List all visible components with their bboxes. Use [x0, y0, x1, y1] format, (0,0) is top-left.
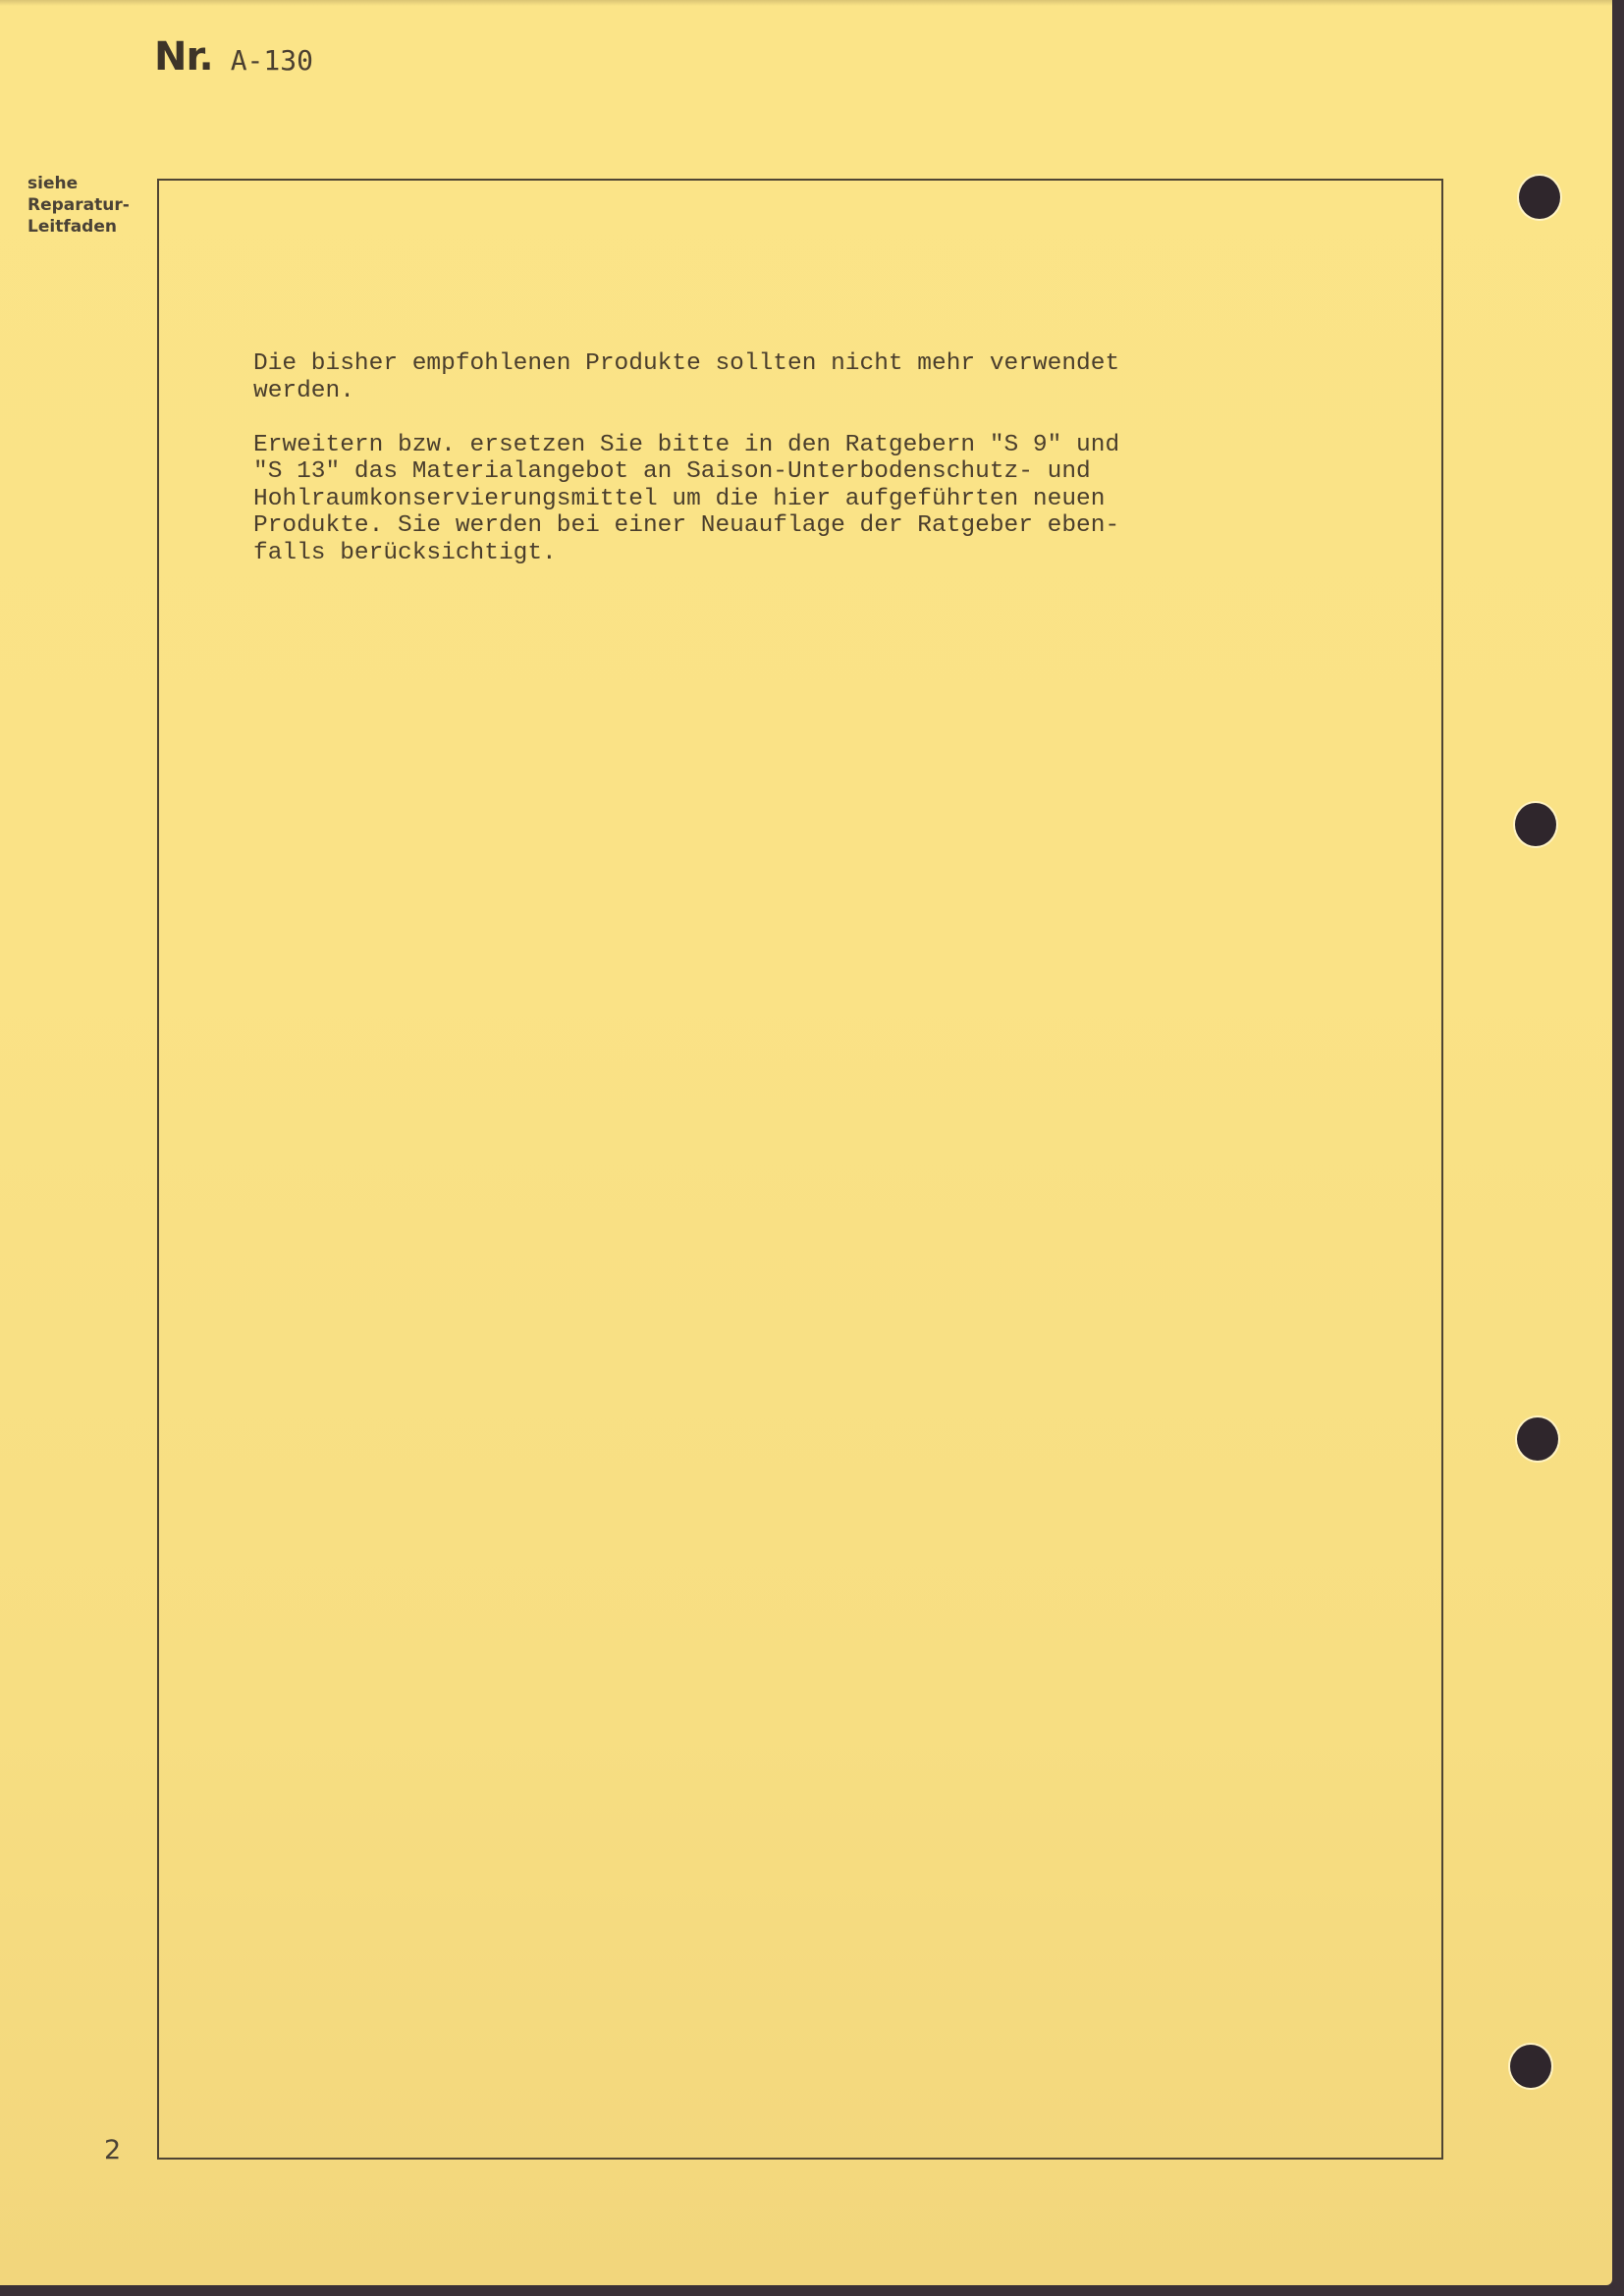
text-line: Erweitern bzw. ersetzen Sie bitte in den… [253, 432, 1353, 459]
text-line: Produkte. Sie werden bei einer Neuauflag… [253, 512, 1353, 540]
side-note-repair-guide: siehe Reparatur- Leitfaden [27, 173, 130, 238]
scan-shadow [0, 0, 1612, 6]
text-line: Hohlraumkonservierungsmittel um die hier… [253, 486, 1353, 513]
text-line: werden. [253, 378, 1353, 405]
side-note-line: Reparatur- [27, 194, 130, 216]
punch-hole-icon [1515, 803, 1556, 846]
document-number: Nr. A-130 [154, 34, 313, 80]
document-number-label: Nr. [154, 34, 213, 80]
paragraph-update-guides: Erweitern bzw. ersetzen Sie bitte in den… [253, 432, 1353, 567]
punch-hole-icon [1519, 176, 1560, 219]
text-line: falls berücksichtigt. [253, 540, 1353, 567]
punch-hole-icon [1510, 2045, 1551, 2088]
text-line: "S 13" das Materialangebot an Saison-Unt… [253, 458, 1353, 486]
text-line: Die bisher empfohlenen Produkte sollten … [253, 350, 1353, 378]
side-note-line: siehe [27, 173, 130, 194]
document-number-value: A-130 [231, 44, 313, 77]
document-page: Nr. A-130 siehe Reparatur- Leitfaden Die… [0, 0, 1612, 2285]
page-number: 2 [104, 2135, 121, 2165]
punch-hole-icon [1517, 1417, 1558, 1461]
paragraph-deprecated-products: Die bisher empfohlenen Produkte sollten … [253, 350, 1353, 404]
body-text: Die bisher empfohlenen Produkte sollten … [253, 350, 1353, 594]
side-note-line: Leitfaden [27, 216, 130, 238]
